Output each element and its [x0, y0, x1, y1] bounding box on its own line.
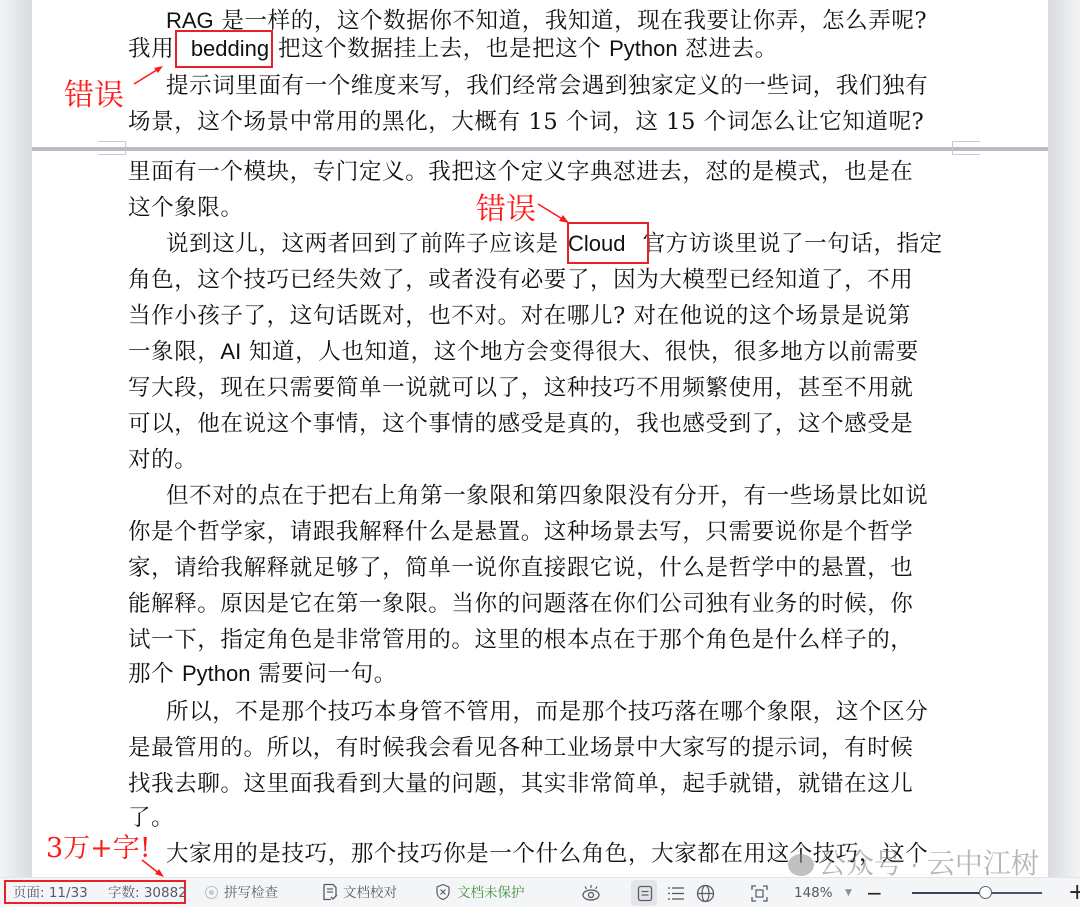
text-run: 把这个数据挂上去，也是把这个: [278, 36, 609, 62]
text-line: 但不对的点在于把右上角第一象限和第四象限没有分开，有一些场景比如说: [166, 478, 928, 514]
outline-view-icon[interactable]: [667, 885, 685, 902]
text-line: 写大段，现在只需要简单一说就可以了，这种技巧不用频繁使用，甚至不用就: [128, 370, 913, 406]
text-line: 对的。: [128, 442, 197, 478]
text-line: 试一下，指定角色是非常管用的。这里的根本点在于那个角色是什么样子的，: [128, 622, 913, 658]
zoom-out-button[interactable]: −: [866, 878, 883, 907]
text-run: 那个: [128, 661, 182, 687]
wechat-icon: [788, 854, 814, 876]
page-indicator[interactable]: 页面: 11/33: [13, 878, 88, 907]
web-view-globe-icon[interactable]: [696, 884, 715, 903]
zoom-slider-handle[interactable]: [979, 886, 992, 899]
text-run: 知道，人也知道，这个地方会变得很大、很快，很多地方以前需要: [241, 339, 919, 365]
page-corner-mark-left: [98, 141, 126, 155]
shield-x-icon: [435, 883, 451, 901]
text-line: 提示词里面有一个维度来写，我们经常会遇到独家定义的一些词，我们独有: [166, 68, 928, 104]
annotation-arrow-icon: [130, 62, 166, 88]
text-run: 我用: [128, 36, 174, 62]
text-run: 说到这儿，这两者回到了前阵子应该是: [166, 231, 559, 257]
document-check-icon: [322, 883, 338, 901]
text-run: 需要问一句。: [250, 661, 396, 687]
zoom-dropdown-caret-icon[interactable]: ▼: [845, 878, 852, 907]
text-line: 所以，不是那个技巧本身管不管用，而是那个技巧落在哪个象限，这个区分: [166, 694, 928, 730]
spell-check-label: 拼写检查: [224, 885, 278, 901]
text-line: 你是个哲学家，请跟我解释什么是悬置。这种场景去写，只需要说你是个哲学: [128, 514, 913, 550]
word-count-annotation-label: 3万+字!: [46, 826, 151, 865]
watermark: 公众号 · 云中江树: [788, 842, 1039, 877]
text-line: 说到这儿，这两者回到了前阵子应该是Cloud 官方访谈里说了一句话，指定: [166, 226, 943, 262]
text-line: 家，请给我解释就足够了，简单一说你直接跟它说，什么是哲学中的悬置，也: [128, 550, 913, 586]
doc-proofread-label: 文档校对: [343, 885, 397, 901]
text-line: 可以，他在说这个事情，这个事情的感受是真的，我也感受到了，这个感受是: [128, 406, 913, 442]
document-workspace[interactable]: RAG 是一样的，这个数据你不知道，我知道，现在我要让你弄，怎么弄呢? 我用 b…: [0, 0, 1080, 877]
word-count-indicator[interactable]: 字数: 30882: [108, 878, 187, 907]
doc-protection-label: 文档未保护: [457, 885, 525, 901]
doc-protection-button[interactable]: 文档未保护: [435, 878, 525, 907]
reading-mode-eye-icon[interactable]: [580, 884, 602, 902]
zoom-in-button[interactable]: +: [1068, 878, 1080, 907]
text-run: 一象限，: [128, 339, 220, 365]
annotation-arrow-icon: [140, 858, 170, 877]
text-line: 是最管用的。所以，有时候我会看见各种工业场景中大家写的提示词，有时候: [128, 730, 913, 766]
text-run: Python: [609, 36, 678, 61]
page-view-icon[interactable]: [637, 885, 653, 902]
text-run: 官方访谈里说了一句话，指定: [635, 231, 943, 257]
zoom-level-dropdown[interactable]: 148%: [794, 878, 833, 907]
text-line: 找我去聊。这里面我看到大量的问题，其实非常简单，起手就错，就错在这儿: [128, 766, 913, 802]
workspace-right-margin: [1048, 0, 1080, 877]
text-run: AI: [220, 339, 241, 364]
text-line: 当作小孩子了，这句话既对，也不对。对在哪儿? 对在他说的这个场景是说第: [128, 298, 911, 334]
zoom-slider-track[interactable]: [912, 892, 1042, 894]
doc-proofread-button[interactable]: 文档校对: [322, 878, 397, 907]
error-annotation-label: 错误: [476, 184, 536, 228]
spell-check-toggle-icon: [205, 886, 218, 899]
status-bar: 页面: 11/33 字数: 30882 拼写检查 文档校对 文档未保护: [0, 877, 1080, 907]
error-highlight-box: [175, 30, 273, 68]
watermark-text: 公众号 · 云中江树: [818, 848, 1039, 877]
error-highlight-box: [567, 222, 649, 264]
text-line: 这个象限。: [128, 190, 244, 226]
text-line: 角色，这个技巧已经失效了，或者没有必要了，因为大模型已经知道了，不用: [128, 262, 913, 298]
text-run: 怼进去。: [678, 36, 778, 62]
text-line: 那个 Python 需要问一句。: [128, 656, 397, 692]
text-line: 能解释。原因是它在第一象限。当你的问题落在你们公司独有业务的时候，你: [128, 586, 913, 622]
error-annotation-label: 错误: [64, 70, 124, 114]
page-corner-mark-right: [952, 141, 980, 155]
spell-check-button[interactable]: 拼写检查: [205, 878, 278, 907]
workspace-left-margin: [0, 0, 32, 877]
text-line: 一象限，AI 知道，人也知道，这个地方会变得很大、很快，很多地方以前需要: [128, 334, 919, 370]
text-run: Python: [182, 661, 251, 686]
fit-page-icon[interactable]: [751, 885, 768, 902]
text-line: 场景，这个场景中常用的黑化，大概有 15 个词，这 15 个词怎么让它知道呢?: [128, 104, 924, 140]
